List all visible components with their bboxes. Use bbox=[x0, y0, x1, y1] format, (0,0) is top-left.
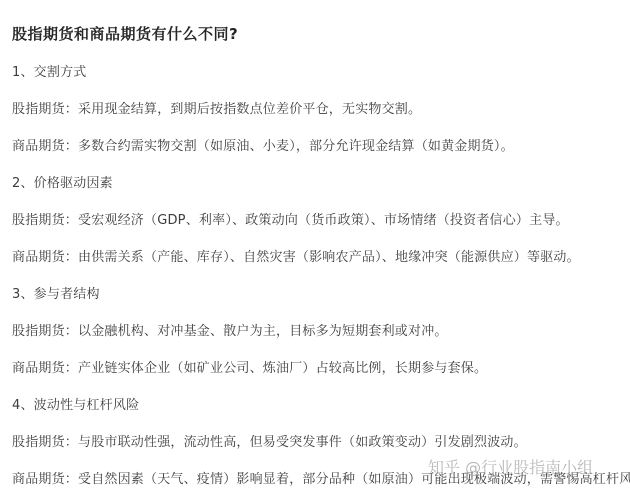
section-heading-2: 2、价格驱动因素 bbox=[12, 177, 630, 190]
section-heading-1: 1、交割方式 bbox=[12, 66, 630, 79]
paragraph-commodity-futures-volatility: 商品期货：受自然因素（天气、疫情）影响显着，部分品种（如原油）可能出现极端波动，… bbox=[12, 473, 630, 486]
paragraph-index-futures-delivery: 股指期货：采用现金结算，到期后按指数点位差价平仓，无实物交割。 bbox=[12, 103, 630, 116]
paragraph-index-futures-participants: 股指期货：以金融机构、对冲基金、散户为主，目标多为短期套利或对冲。 bbox=[12, 325, 630, 338]
page-title: 股指期货和商品期货有什么不同? bbox=[12, 26, 630, 42]
section-heading-3: 3、参与者结构 bbox=[12, 288, 630, 301]
section-heading-4: 4、波动性与杠杆风险 bbox=[12, 399, 630, 412]
paragraph-index-futures-drivers: 股指期货：受宏观经济（GDP、利率）、政策动向（货币政策）、市场情绪（投资者信心… bbox=[12, 214, 630, 227]
paragraph-index-futures-volatility: 股指期货：与股市联动性强，流动性高，但易受突发事件（如政策变动）引发剧烈波动。 bbox=[12, 436, 630, 449]
paragraph-commodity-futures-participants: 商品期货：产业链实体企业（如矿业公司、炼油厂）占较高比例，长期参与套保。 bbox=[12, 362, 630, 375]
paragraph-commodity-futures-drivers: 商品期货：由供需关系（产能、库存）、自然灾害（影响农产品）、地缘冲突（能源供应）… bbox=[12, 251, 630, 264]
article-page: 股指期货和商品期货有什么不同? 1、交割方式 股指期货：采用现金结算，到期后按指… bbox=[0, 0, 630, 500]
paragraph-commodity-futures-delivery: 商品期货：多数合约需实物交割（如原油、小麦），部分允许现金结算（如黄金期货）。 bbox=[12, 140, 630, 153]
